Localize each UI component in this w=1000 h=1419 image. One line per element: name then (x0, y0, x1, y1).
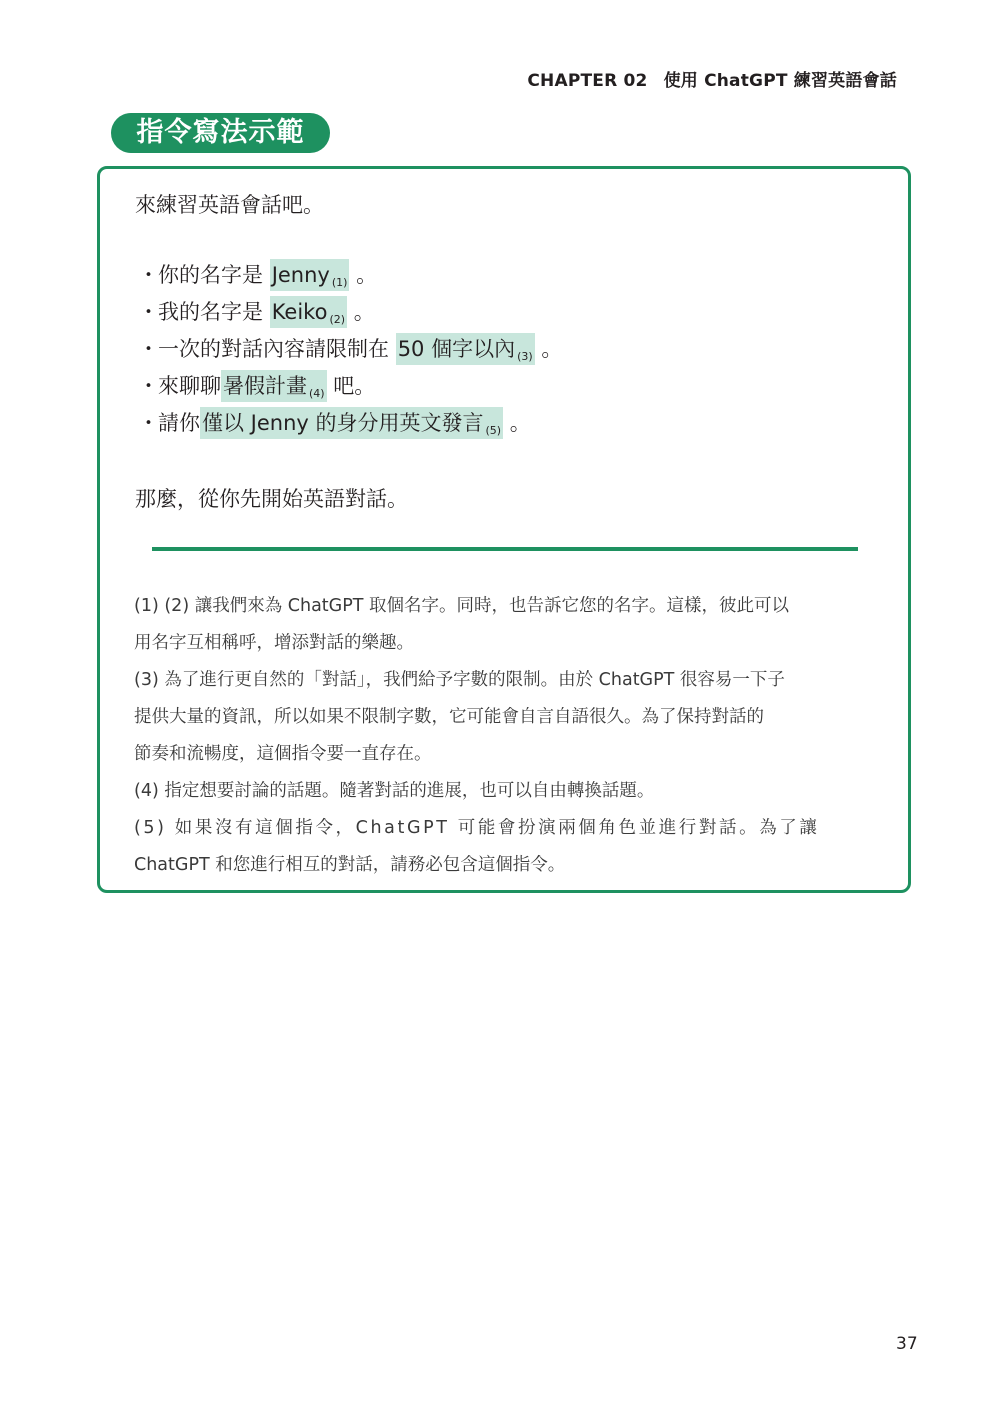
prompt-bullet-item: ・一次的對話內容請限制在 50 個字以內(3) 。 (138, 331, 562, 368)
prompt-bullet-item: ・來聊聊暑假計畫(4) 吧。 (138, 368, 562, 405)
note-line: (4) 指定想要討論的話題。隨著對話的進展，也可以自由轉換話題。 (134, 773, 882, 810)
prompt-outro: 那麼，從你先開始英語對話。 (135, 483, 408, 513)
page-number: 37 (896, 1334, 918, 1354)
prompt-bullet-list: ・你的名字是 Jenny(1) 。 ・我的名字是 Keiko(2) 。 ・一次的… (138, 257, 562, 442)
highlight-text: 僅以 Jenny 的身分用英文發言 (202, 411, 484, 435)
note-marker: (2) (329, 313, 345, 326)
bullet-text-after: 。 (349, 263, 377, 287)
highlighted-phrase: 50 個字以內(3) (396, 333, 535, 365)
note-line: (3) 為了進行更自然的「對話」，我們給予字數的限制。由於 ChatGPT 很容… (134, 662, 882, 699)
highlight-text: Keiko (272, 300, 328, 324)
section-divider (152, 547, 858, 551)
bullet-dot-icon: ・ (138, 257, 158, 294)
note-line: 用名字互相稱呼，增添對話的樂趣。 (134, 625, 882, 662)
prompt-example-box: 來練習英語會話吧。 ・你的名字是 Jenny(1) 。 ・我的名字是 Keiko… (97, 166, 911, 893)
bullet-text: 來聊聊 (158, 374, 221, 398)
note-line: 節奏和流暢度，這個指令要一直存在。 (134, 736, 882, 773)
highlight-text: 50 個字以內 (398, 337, 515, 361)
bullet-text-after: 。 (503, 411, 531, 435)
highlighted-phrase: 暑假計畫(4) (221, 370, 327, 402)
note-line: (5) 如果沒有這個指令，ChatGPT 可能會扮演兩個角色並進行對話。為了讓 (134, 810, 882, 847)
explanation-notes: (1) (2) 讓我們來為 ChatGPT 取個名字。同時，也告訴它您的名字。這… (134, 588, 882, 884)
chapter-label: CHAPTER 02 (527, 71, 647, 91)
note-marker: (5) (486, 424, 502, 437)
prompt-intro: 來練習英語會話吧。 (135, 189, 324, 219)
note-line: (1) (2) 讓我們來為 ChatGPT 取個名字。同時，也告訴它您的名字。這… (134, 588, 882, 625)
running-header: CHAPTER 02使用 ChatGPT 練習英語會話 (527, 66, 897, 91)
prompt-bullet-item: ・你的名字是 Jenny(1) 。 (138, 257, 562, 294)
bullet-text-after: 。 (535, 337, 563, 361)
bullet-dot-icon: ・ (138, 368, 158, 405)
prompt-bullet-item: ・我的名字是 Keiko(2) 。 (138, 294, 562, 331)
highlighted-phrase: Jenny(1) (270, 259, 350, 291)
note-marker: (1) (332, 276, 348, 289)
bullet-text: 你的名字是 (158, 263, 270, 287)
note-marker: (4) (309, 387, 325, 400)
bullet-dot-icon: ・ (138, 294, 158, 331)
highlight-text: 暑假計畫 (223, 374, 307, 398)
highlighted-phrase: Keiko(2) (270, 296, 347, 328)
bullet-dot-icon: ・ (138, 331, 158, 368)
highlight-text: Jenny (272, 263, 330, 287)
bullet-text-after: 。 (347, 300, 375, 324)
chapter-title: 使用 ChatGPT 練習英語會話 (664, 71, 897, 91)
prompt-bullet-item: ・請你僅以 Jenny 的身分用英文發言(5) 。 (138, 405, 562, 442)
highlighted-phrase: 僅以 Jenny 的身分用英文發言(5) (200, 407, 503, 439)
section-title-badge: 指令寫法示範 (111, 113, 330, 153)
bullet-dot-icon: ・ (138, 405, 158, 442)
note-line: ChatGPT 和您進行相互的對話，請務必包含這個指令。 (134, 847, 882, 884)
note-marker: (3) (517, 350, 533, 363)
bullet-text: 請你 (158, 411, 200, 435)
bullet-text-after: 吧。 (327, 374, 376, 398)
note-line: 提供大量的資訊，所以如果不限制字數，它可能會自言自語很久。為了保持對話的 (134, 699, 882, 736)
bullet-text: 我的名字是 (158, 300, 270, 324)
bullet-text: 一次的對話內容請限制在 (158, 337, 396, 361)
